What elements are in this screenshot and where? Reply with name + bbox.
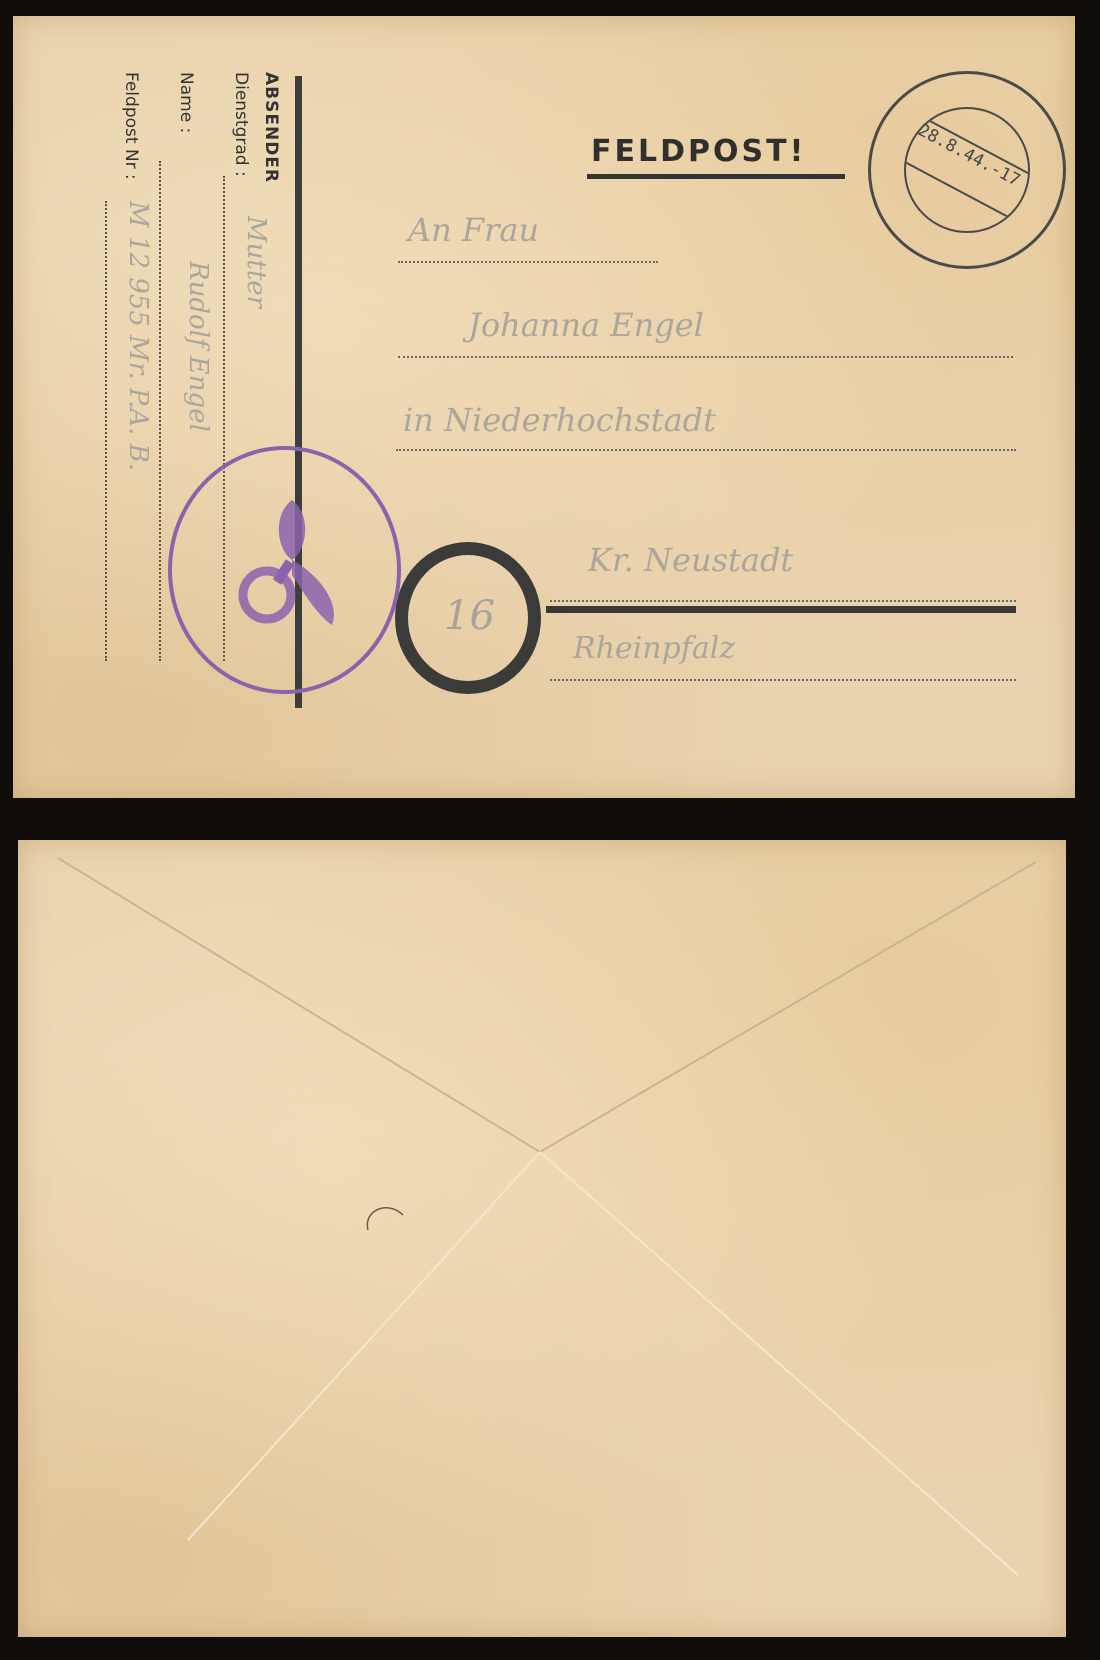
handwritten-address-3: in Niederhochstadt bbox=[403, 401, 716, 439]
handwritten-address-4: Kr. Neustadt bbox=[588, 541, 793, 579]
handwritten-address-1: An Frau bbox=[408, 211, 539, 249]
envelope-front: ABSENDER Dienstgrad : Name : Feldpost Nr… bbox=[13, 16, 1075, 798]
postmark: 28.8.44.-17 bbox=[868, 71, 1066, 269]
envelope-flap-lines bbox=[18, 840, 1066, 1637]
address-line-1 bbox=[398, 261, 658, 263]
name-label: Name : bbox=[176, 72, 196, 133]
feldpost-number-label: Feldpost Nr : bbox=[121, 72, 141, 180]
address-line-5 bbox=[550, 679, 1016, 681]
feldpost-dotted-line bbox=[105, 201, 107, 661]
eagle-emblem-icon bbox=[232, 490, 352, 640]
address-line-4 bbox=[550, 600, 1016, 602]
postal-code-ring: 16 bbox=[395, 542, 541, 694]
handwritten-name: Rudolf Engel bbox=[183, 261, 213, 432]
title-underline bbox=[587, 174, 845, 179]
handwritten-address-2: Johanna Engel bbox=[468, 306, 704, 344]
name-dotted-line bbox=[159, 161, 161, 661]
address-thick-rule bbox=[546, 606, 1016, 613]
handwritten-address-5: Rheinpfalz bbox=[573, 631, 735, 666]
envelope-back bbox=[18, 840, 1066, 1637]
handwritten-rank: Mutter bbox=[241, 216, 271, 308]
sender-heading: ABSENDER bbox=[261, 72, 281, 183]
address-line-2 bbox=[398, 356, 1013, 358]
censor-stamp bbox=[168, 446, 401, 694]
address-line-3 bbox=[396, 449, 1016, 451]
handwritten-feldpost-number: M 12 955 Mr. P.A. B. bbox=[123, 201, 153, 471]
postal-code-number: 16 bbox=[444, 593, 495, 639]
rank-label: Dienstgrad : bbox=[231, 72, 251, 177]
feldpost-title: FELDPOST! bbox=[591, 134, 806, 169]
